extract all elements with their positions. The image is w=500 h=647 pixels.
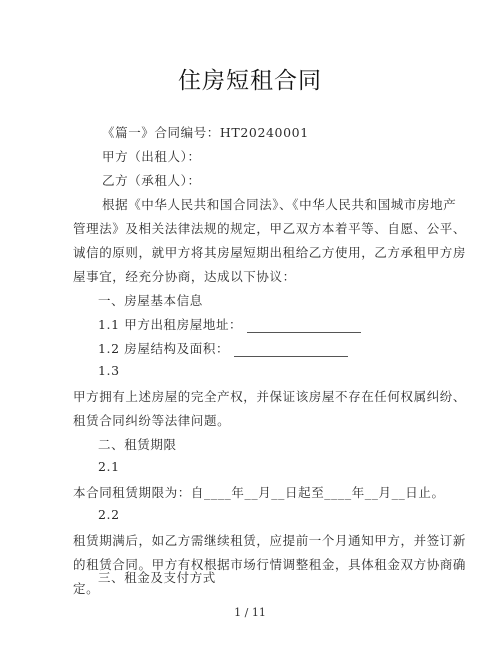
address-blank-field[interactable] bbox=[247, 320, 361, 333]
item-2-2-text-1: 租赁期满后，如乙方需继续租赁，应提前一个月通知甲方，并签订新 bbox=[73, 531, 466, 549]
item-1-3-text-2: 租赁合同纠纷等法律问题。 bbox=[73, 411, 230, 429]
section-1-heading: 一、房屋基本信息 bbox=[98, 291, 203, 309]
section-2-heading: 二、租赁期限 bbox=[98, 435, 177, 453]
item-1-1-label: 1.1 甲方出租房屋地址： bbox=[98, 317, 242, 332]
item-1-3-text-1: 甲方拥有上述房屋的完全产权，并保证该房屋不存在任何权属纠纷、 bbox=[73, 387, 466, 405]
item-2-1-text: 本合同租赁期限为：自____年__月__日起至____年__月__日止。 bbox=[73, 483, 445, 501]
item-2-2-text-3: 定。 bbox=[73, 579, 99, 597]
preamble-line-2: 管理法》及相关法律法规的规定，甲乙双方本着平等、自愿、公平、 bbox=[73, 219, 466, 237]
item-2-1-number: 2.1 bbox=[98, 459, 120, 474]
item-1-2-label: 1.2 房屋结构及面积： bbox=[98, 341, 229, 356]
item-1-3-number: 1.3 bbox=[98, 363, 120, 378]
party-a-line: 甲方（出租人）： bbox=[102, 147, 201, 165]
item-1-2: 1.2 房屋结构及面积： bbox=[98, 339, 348, 357]
area-blank-field[interactable] bbox=[234, 344, 348, 357]
preamble-line-4: 屋事宜，经充分协商，达成以下协议： bbox=[73, 267, 296, 285]
item-2-2-number: 2.2 bbox=[98, 507, 120, 522]
document-title: 住房短租合同 bbox=[0, 62, 500, 95]
page-indicator: 1 / 11 bbox=[0, 606, 500, 619]
item-1-1: 1.1 甲方出租房屋地址： bbox=[98, 315, 361, 333]
party-b-line: 乙方（承租人）： bbox=[102, 171, 201, 189]
preamble-line-3: 诚信的原则，就甲方将其房屋短期出租给乙方使用，乙方承租甲方房 bbox=[73, 243, 466, 261]
preamble-line-1: 根据《中华人民共和国合同法》、《中华人民共和国城市房地产 bbox=[102, 195, 456, 213]
contract-number-line: 《篇一》合同编号：HT20240001 bbox=[102, 123, 309, 141]
section-3-heading: 三、租金及支付方式 bbox=[98, 568, 216, 586]
